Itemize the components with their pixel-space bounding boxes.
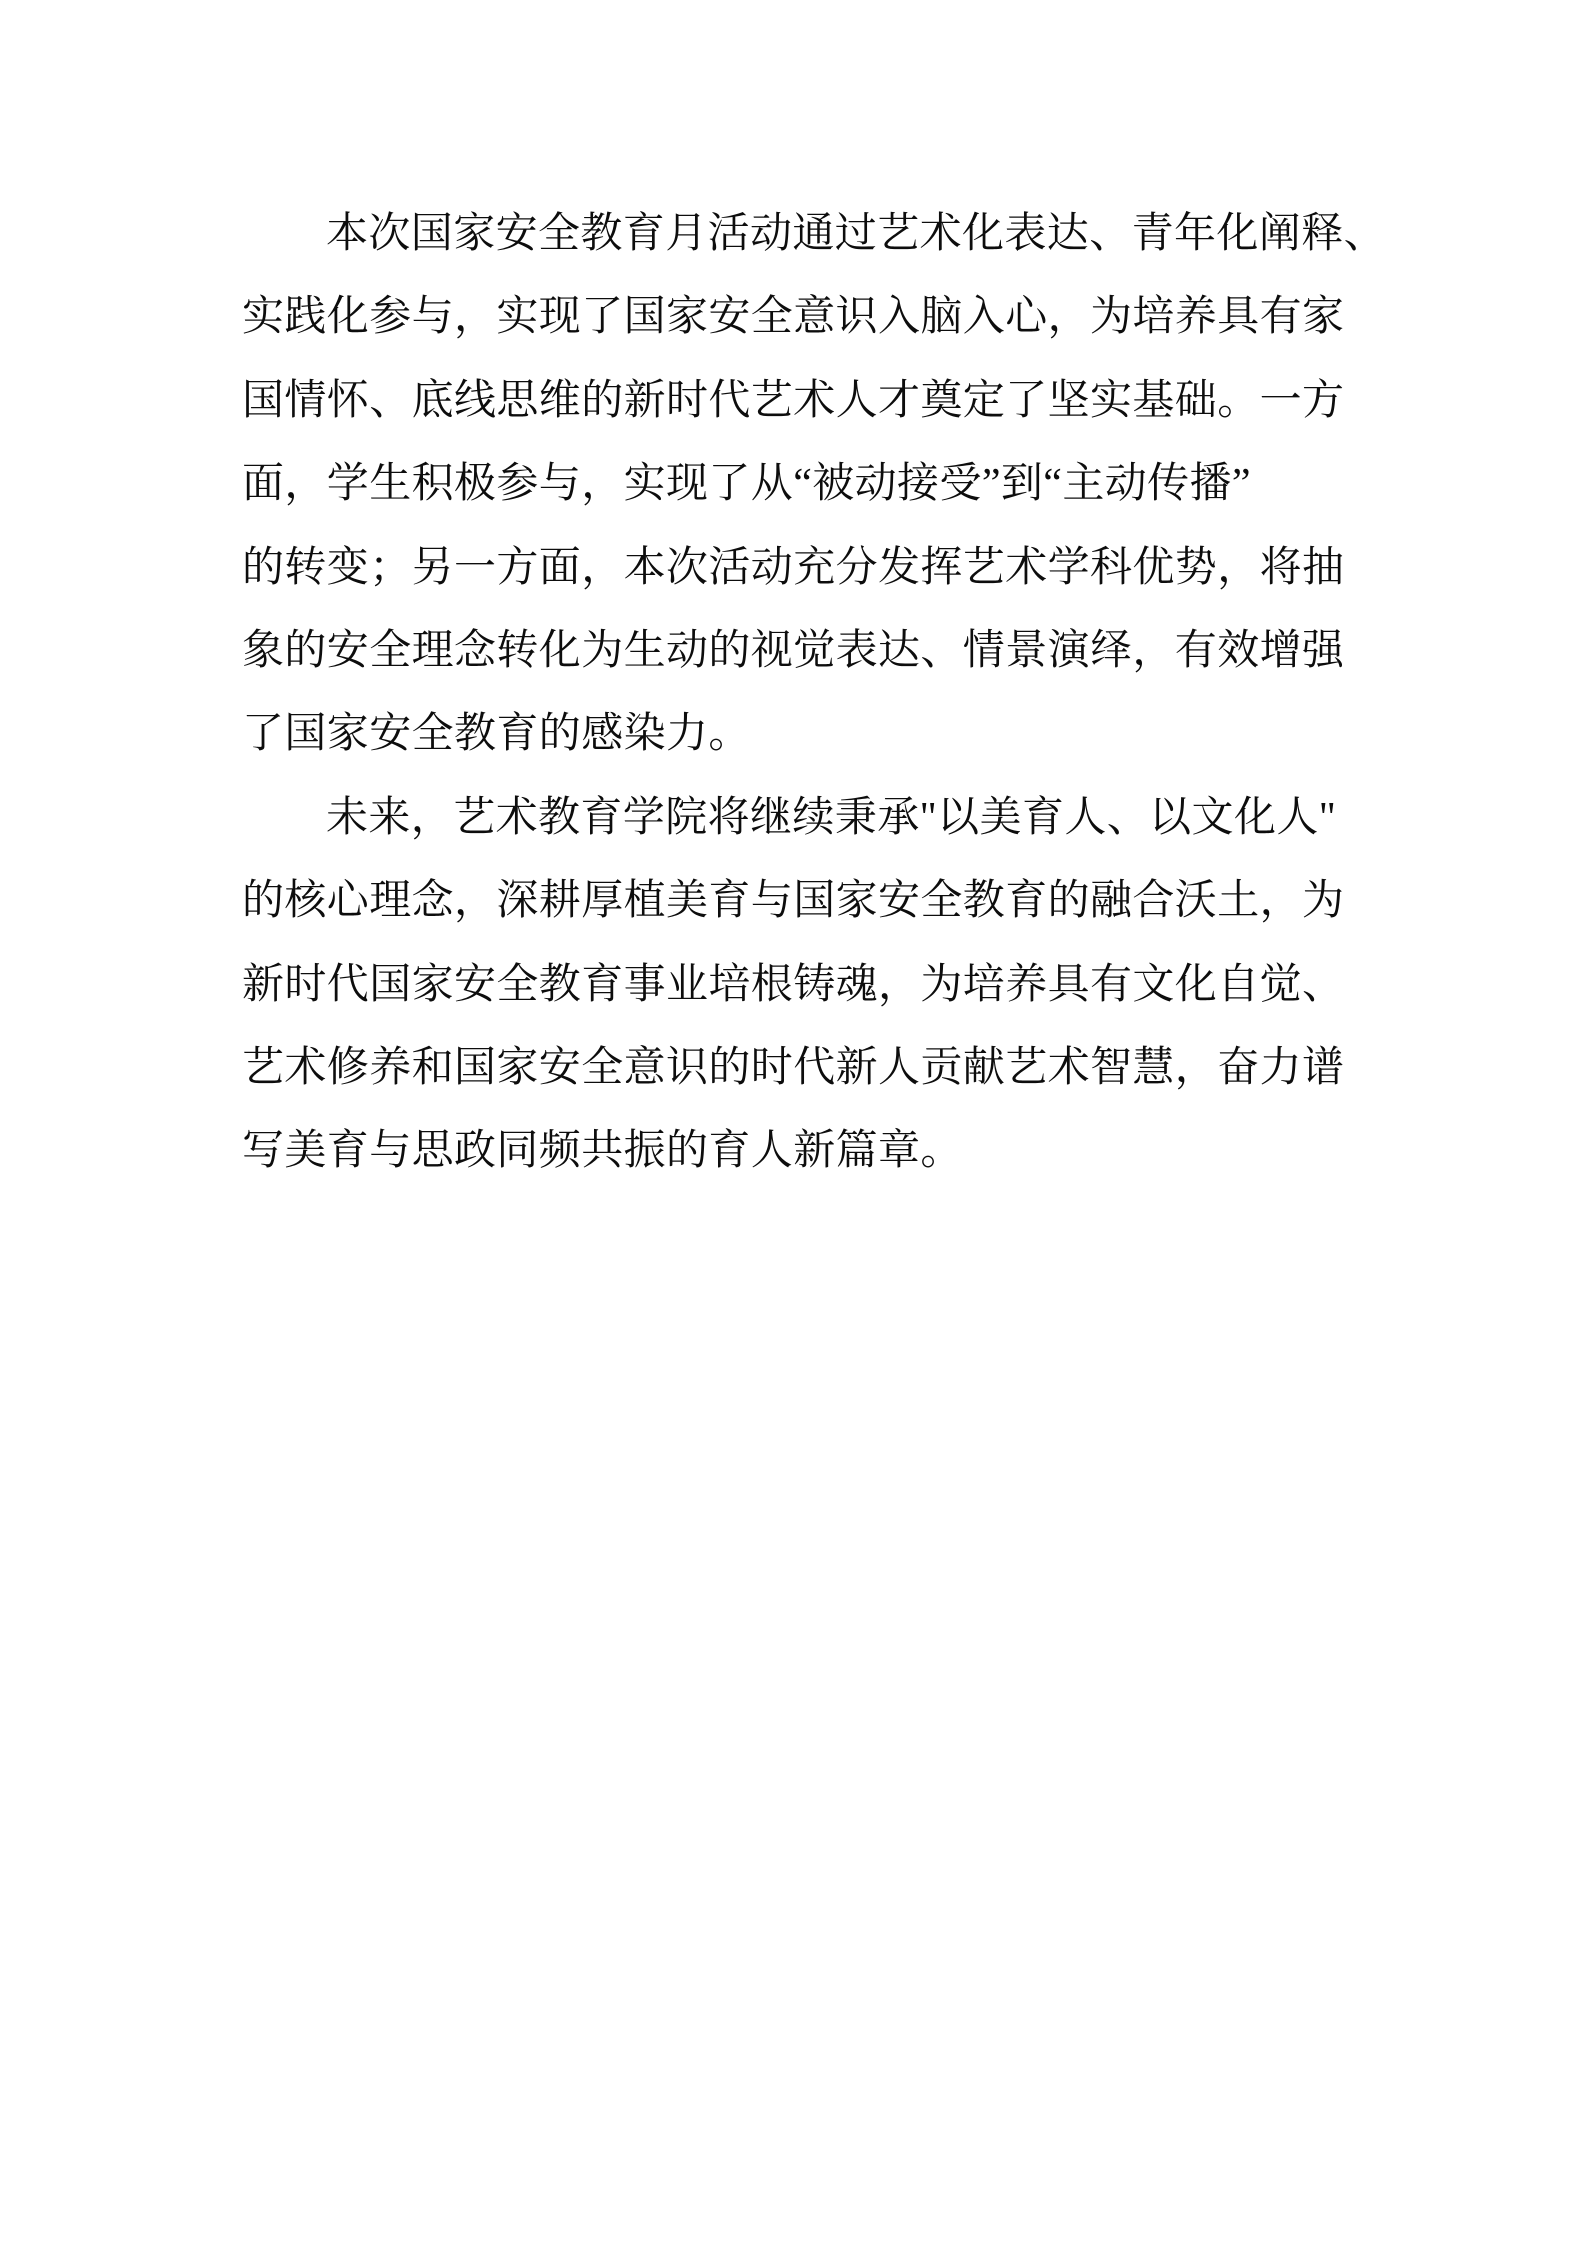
paragraph-1-line-2: 实践化参与，实现了国家安全意识入脑入心，为培养具有家 — [242, 276, 1346, 359]
paragraph-2-line-1: 未来，艺术教育学院将继续秉承"以美育人、以文化人" — [242, 777, 1346, 860]
paragraph-1-line-5: 的转变；另一方面，本次活动充分发挥艺术学科优势，将抽 — [242, 527, 1346, 610]
paragraph-1-line-3: 国情怀、底线思维的新时代艺术人才奠定了坚实基础。一方 — [242, 360, 1346, 443]
text-block: 本次国家安全教育月活动通过艺术化表达、青年化阐释、 实践化参与，实现了国家安全意… — [242, 193, 1346, 1194]
paragraph-2-line-5: 写美育与思政同频共振的育人新篇章。 — [242, 1110, 1346, 1193]
document-page: 本次国家安全教育月活动通过艺术化表达、青年化阐释、 实践化参与，实现了国家安全意… — [0, 0, 1587, 2245]
paragraph-1-line-6: 象的安全理念转化为生动的视觉表达、情景演绎，有效增强 — [242, 610, 1346, 693]
paragraph-1-line-7: 了国家安全教育的感染力。 — [242, 693, 1346, 776]
paragraph-1: 本次国家安全教育月活动通过艺术化表达、青年化阐释、 实践化参与，实现了国家安全意… — [242, 193, 1346, 777]
paragraph-2-line-3: 新时代国家安全教育事业培根铸魂，为培养具有文化自觉、 — [242, 944, 1346, 1027]
paragraph-1-line-1: 本次国家安全教育月活动通过艺术化表达、青年化阐释、 — [242, 193, 1346, 276]
paragraph-1-line-4: 面，学生积极参与，实现了从“被动接受”到“主动传播” — [242, 443, 1346, 526]
paragraph-2-line-2: 的核心理念，深耕厚植美育与国家安全教育的融合沃土，为 — [242, 860, 1346, 943]
paragraph-2-line-4: 艺术修养和国家安全意识的时代新人贡献艺术智慧，奋力谱 — [242, 1027, 1346, 1110]
paragraph-2: 未来，艺术教育学院将继续秉承"以美育人、以文化人" 的核心理念，深耕厚植美育与国… — [242, 777, 1346, 1194]
